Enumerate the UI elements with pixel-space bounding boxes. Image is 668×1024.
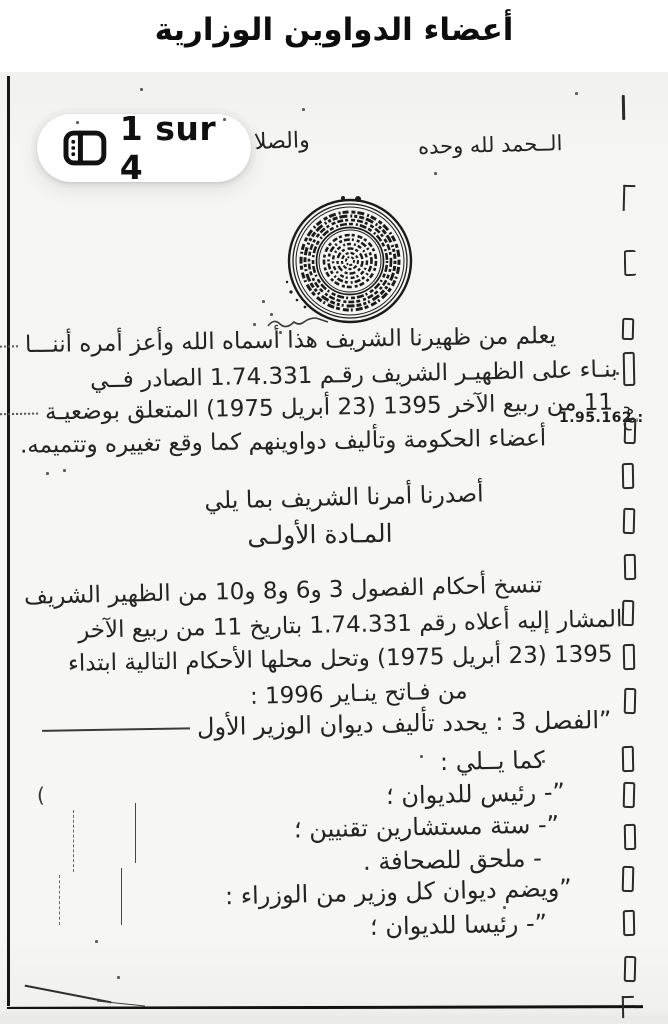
page-indicator-label: 1 sur 4 xyxy=(120,109,251,187)
doc-art3-item-2: ”- ستة مستشارين تقنيين ؛ xyxy=(294,810,560,843)
doc-line-p1-4: أعضاء الحكومة وتأليف دواوينهم كما وقع تغ… xyxy=(20,425,547,458)
binding-hole-mark xyxy=(623,782,636,808)
ink-speck xyxy=(262,300,265,303)
ink-speck xyxy=(616,372,619,375)
ink-speck xyxy=(279,331,282,334)
ink-speck xyxy=(434,172,437,175)
binding-hole-mark xyxy=(624,688,637,714)
filler-line xyxy=(0,412,38,415)
ink-speck xyxy=(95,940,98,943)
binding-hole-mark xyxy=(622,318,635,340)
filler-line xyxy=(0,345,18,348)
doc-art3-item-5: ”- رئيسا للديوان ؛ xyxy=(370,909,548,941)
ink-speck xyxy=(503,906,506,909)
ink-speck xyxy=(302,108,305,111)
doc-article-one-heading: المـادة الأولـى xyxy=(60,515,580,553)
scan-streak xyxy=(59,875,60,925)
ink-speck xyxy=(63,469,66,472)
binding-hole-mark xyxy=(623,352,636,386)
binding-hole-mark xyxy=(623,910,635,936)
doc-line-p1-1-text: يعلم من ظهيرنا الشريف هذا أسماه الله وأع… xyxy=(25,323,556,358)
royal-seal xyxy=(283,194,417,328)
doc-line-p2-2: المشار إليه أعلاه رقم 1.74.331 بتاريخ 11… xyxy=(77,606,622,643)
screenshot-root: أعضاء الدواوين الوزارية والصلا الــحمد ل… xyxy=(0,0,668,1024)
doc-art3-head-text: ”الفصل 3 : يحدد تأليف ديوان الوزير الأول xyxy=(196,706,611,741)
ink-speck xyxy=(140,88,143,91)
ink-speck xyxy=(117,976,120,979)
doc-line-p1-3: 11 من ربيع الآخر 1395 (23 أبريل 1975) ال… xyxy=(0,390,613,427)
binding-hole-mark xyxy=(622,866,635,892)
binding-hole-mark xyxy=(622,996,634,1018)
doc-art3-item-3: - ملحق للصحافة . xyxy=(363,844,542,876)
doc-line-p2-1: تنسخ أحكام الفصول 3 و6 و8 و10 من الظهير … xyxy=(23,572,542,610)
doc-decree-formula: أصدرنا أمرنا الشريف بما يلي xyxy=(60,476,629,519)
binding-hole-mark xyxy=(623,508,636,534)
scan-streak xyxy=(73,810,74,872)
binding-hole-mark xyxy=(622,463,634,489)
doc-art3-intro: كما يــلي : xyxy=(440,746,545,776)
binding-hole-mark xyxy=(622,95,625,120)
doc-invocation-right: والصلا xyxy=(254,128,310,155)
doc-invocation: الــحمد لله وحده xyxy=(417,131,562,159)
binding-hole-mark xyxy=(623,644,635,670)
binding-hole-mark xyxy=(623,185,636,211)
filler-line xyxy=(42,727,190,732)
binding-hole-mark xyxy=(624,250,636,276)
ink-speck xyxy=(223,118,226,121)
doc-line-p2-4: من فـاتح ينـاير 1996 : xyxy=(250,678,468,710)
ink-speck xyxy=(270,313,273,316)
binding-hole-mark xyxy=(624,554,636,580)
doc-art3-item-1: ”- رئيس للديوان ؛ xyxy=(386,778,566,810)
doc-line-p1-1: يعلم من ظهيرنا الشريف هذا أسماه الله وأع… xyxy=(0,323,556,359)
doc-line-p2-3: 1395 (23 أبريل 1975) وتحل محلها الأحكام … xyxy=(68,641,613,677)
page-title: أعضاء الدواوين الوزارية xyxy=(0,12,668,48)
pages-icon xyxy=(63,130,107,166)
document-scan: والصلا الــحمد لله وحده xyxy=(0,72,668,1024)
scan-streak xyxy=(121,868,122,925)
ink-speck xyxy=(253,323,256,326)
binding-hole-mark xyxy=(624,418,637,444)
scan-streak xyxy=(135,803,136,863)
ink-speck xyxy=(542,760,545,763)
scan-margin xyxy=(0,1009,668,1024)
binding-hole-mark xyxy=(624,824,636,850)
stray-ink-mark: ( xyxy=(37,783,45,807)
doc-line-p1-2: بنـاء على الظهيـر الشريف رقـم 1.74.331 ا… xyxy=(90,356,618,393)
page-indicator-badge[interactable]: 1 sur 4 xyxy=(37,114,251,182)
ink-speck xyxy=(420,755,423,758)
binding-hole-mark xyxy=(622,600,635,626)
doc-art3-item-4: ”ويضم ديوان كل وزير من الوزراء : xyxy=(225,874,572,910)
ink-speck xyxy=(46,472,49,475)
binding-hole-mark xyxy=(624,956,637,982)
page-left-edge xyxy=(7,76,10,1006)
ink-speck xyxy=(76,121,79,124)
doc-art3-head: ”الفصل 3 : يحدد تأليف ديوان الوزير الأول xyxy=(34,706,611,744)
doc-line-p1-3-text: 11 من ربيع الآخر 1395 (23 أبريل 1975) ال… xyxy=(45,390,613,426)
ink-speck xyxy=(575,92,578,95)
binding-hole-mark xyxy=(622,746,634,772)
